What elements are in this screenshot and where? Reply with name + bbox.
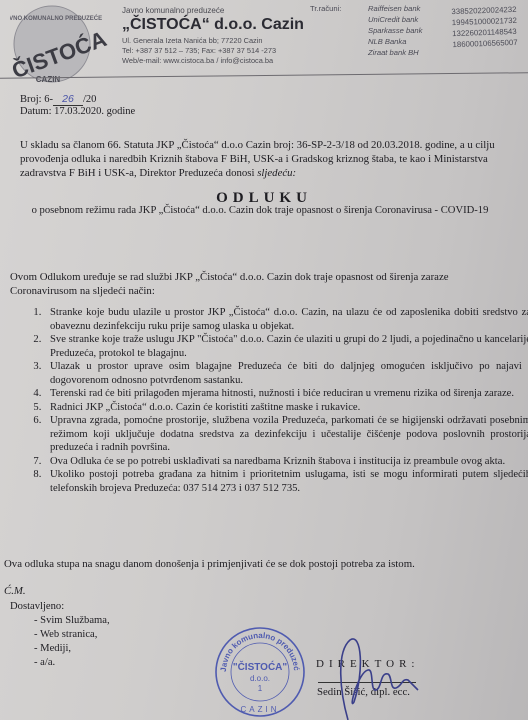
list-item: Ova Odluka će se po potrebi usklađivati … xyxy=(44,455,528,469)
company-phone: Tel: +387 37 512 – 735; Fax: +387 37 514… xyxy=(122,46,304,56)
bank-name: UniCredit bank xyxy=(368,14,422,25)
recipient: - Mediji, xyxy=(34,642,110,656)
bank-name: Raiffeisen bank xyxy=(368,3,422,14)
handwritten-number: 26 xyxy=(53,93,83,106)
company-address: Ul. Generala Izeta Nanića bb; 77220 Cazi… xyxy=(122,36,304,46)
accounts-label: Tr.računi: xyxy=(310,3,341,14)
reference-date: Datum: 17.03.2020. godine xyxy=(20,106,135,118)
bank-name: Sparkasse bank xyxy=(368,25,422,36)
bank-name: Ziraat bank BH xyxy=(368,47,422,58)
recipient: - a/a. xyxy=(34,656,110,670)
svg-text:d.o.o.: d.o.o. xyxy=(250,674,270,683)
closing-paragraph: Ova odluka stupa na snagu danom donošenj… xyxy=(4,558,415,570)
recipient: - Svim Službama, xyxy=(34,614,110,628)
svg-text:"ČISTOĆA": "ČISTOĆA" xyxy=(233,660,288,673)
svg-text:1: 1 xyxy=(258,684,263,693)
account-numbers: 338520220024232 199451000021732 13226020… xyxy=(451,4,518,50)
list-item: Radnici JKP „Čistoća“ d.o.o. Cazin će ko… xyxy=(44,401,528,415)
company-stamp-icon: Javno komunalno preduzeće "ČISTOĆA" d.o.… xyxy=(212,618,308,718)
lead-paragraph: Ovom Odlukom uređuje se rad službi JKP „… xyxy=(10,270,510,298)
recipient: - Web stranica, xyxy=(34,628,110,642)
company-info: Javno komunalno preduzeće „ČISTOĆA“ d.o.… xyxy=(122,6,304,66)
delivered-label: Dostavljeno: xyxy=(10,600,110,614)
company-web: Web/e-mail: www.cistoca.ba / info@cistoc… xyxy=(122,56,304,66)
distribution-list: Dostavljeno: - Svim Službama, - Web stra… xyxy=(10,600,110,670)
bank-list: Tr.računi: Raiffeisen bank UniCredit ban… xyxy=(368,3,422,58)
list-item: Ulazak u prostor uprave osim blagajne Pr… xyxy=(44,360,528,387)
list-item: Upravna zgrada, pomoćne prostorije, služ… xyxy=(44,414,528,455)
reference-block: Broj: 6-26/20 Datum: 17.03.2020. godine xyxy=(20,93,135,118)
svg-text:CAZIN: CAZIN xyxy=(241,705,280,714)
company-name: „ČISTOĆA“ d.o.o. Cazin xyxy=(122,16,304,34)
company-type: Javno komunalno preduzeće xyxy=(122,6,304,15)
list-item: Stranke koje budu ulazile u prostor JKP … xyxy=(44,306,528,333)
decision-items: Stranke koje budu ulazile u prostor JKP … xyxy=(18,306,528,495)
list-item: Terenski rad će biti prilagođen mjerama … xyxy=(44,387,528,401)
initials: Ć.M. xyxy=(4,585,26,597)
bank-name: NLB Banka xyxy=(368,36,422,47)
letterhead: JAVNO KOMUNALNO PREDUZEĆE ČISTOĆA CAZIN … xyxy=(0,0,528,76)
list-item: Sve stranke koje traže uslugu JKP "Čisto… xyxy=(44,333,528,360)
document-subtitle: o posebnom režimu rada JKP „Čistoća“ d.o… xyxy=(20,204,500,217)
document-page: JAVNO KOMUNALNO PREDUZEĆE ČISTOĆA CAZIN … xyxy=(0,0,528,720)
list-item: Ukoliko postoji potreba građana za hitni… xyxy=(44,468,528,495)
svg-text:JAVNO KOMUNALNO PREDUZEĆE: JAVNO KOMUNALNO PREDUZEĆE xyxy=(10,14,102,22)
reference-number: Broj: 6-26/20 xyxy=(20,93,135,106)
company-logo-icon: JAVNO KOMUNALNO PREDUZEĆE ČISTOĆA CAZIN xyxy=(10,2,110,86)
preamble: U skladu sa članom 66. Statuta JKP „Čist… xyxy=(20,138,520,180)
signature-icon xyxy=(318,632,428,720)
account-number: 186000106565007 xyxy=(452,37,517,50)
